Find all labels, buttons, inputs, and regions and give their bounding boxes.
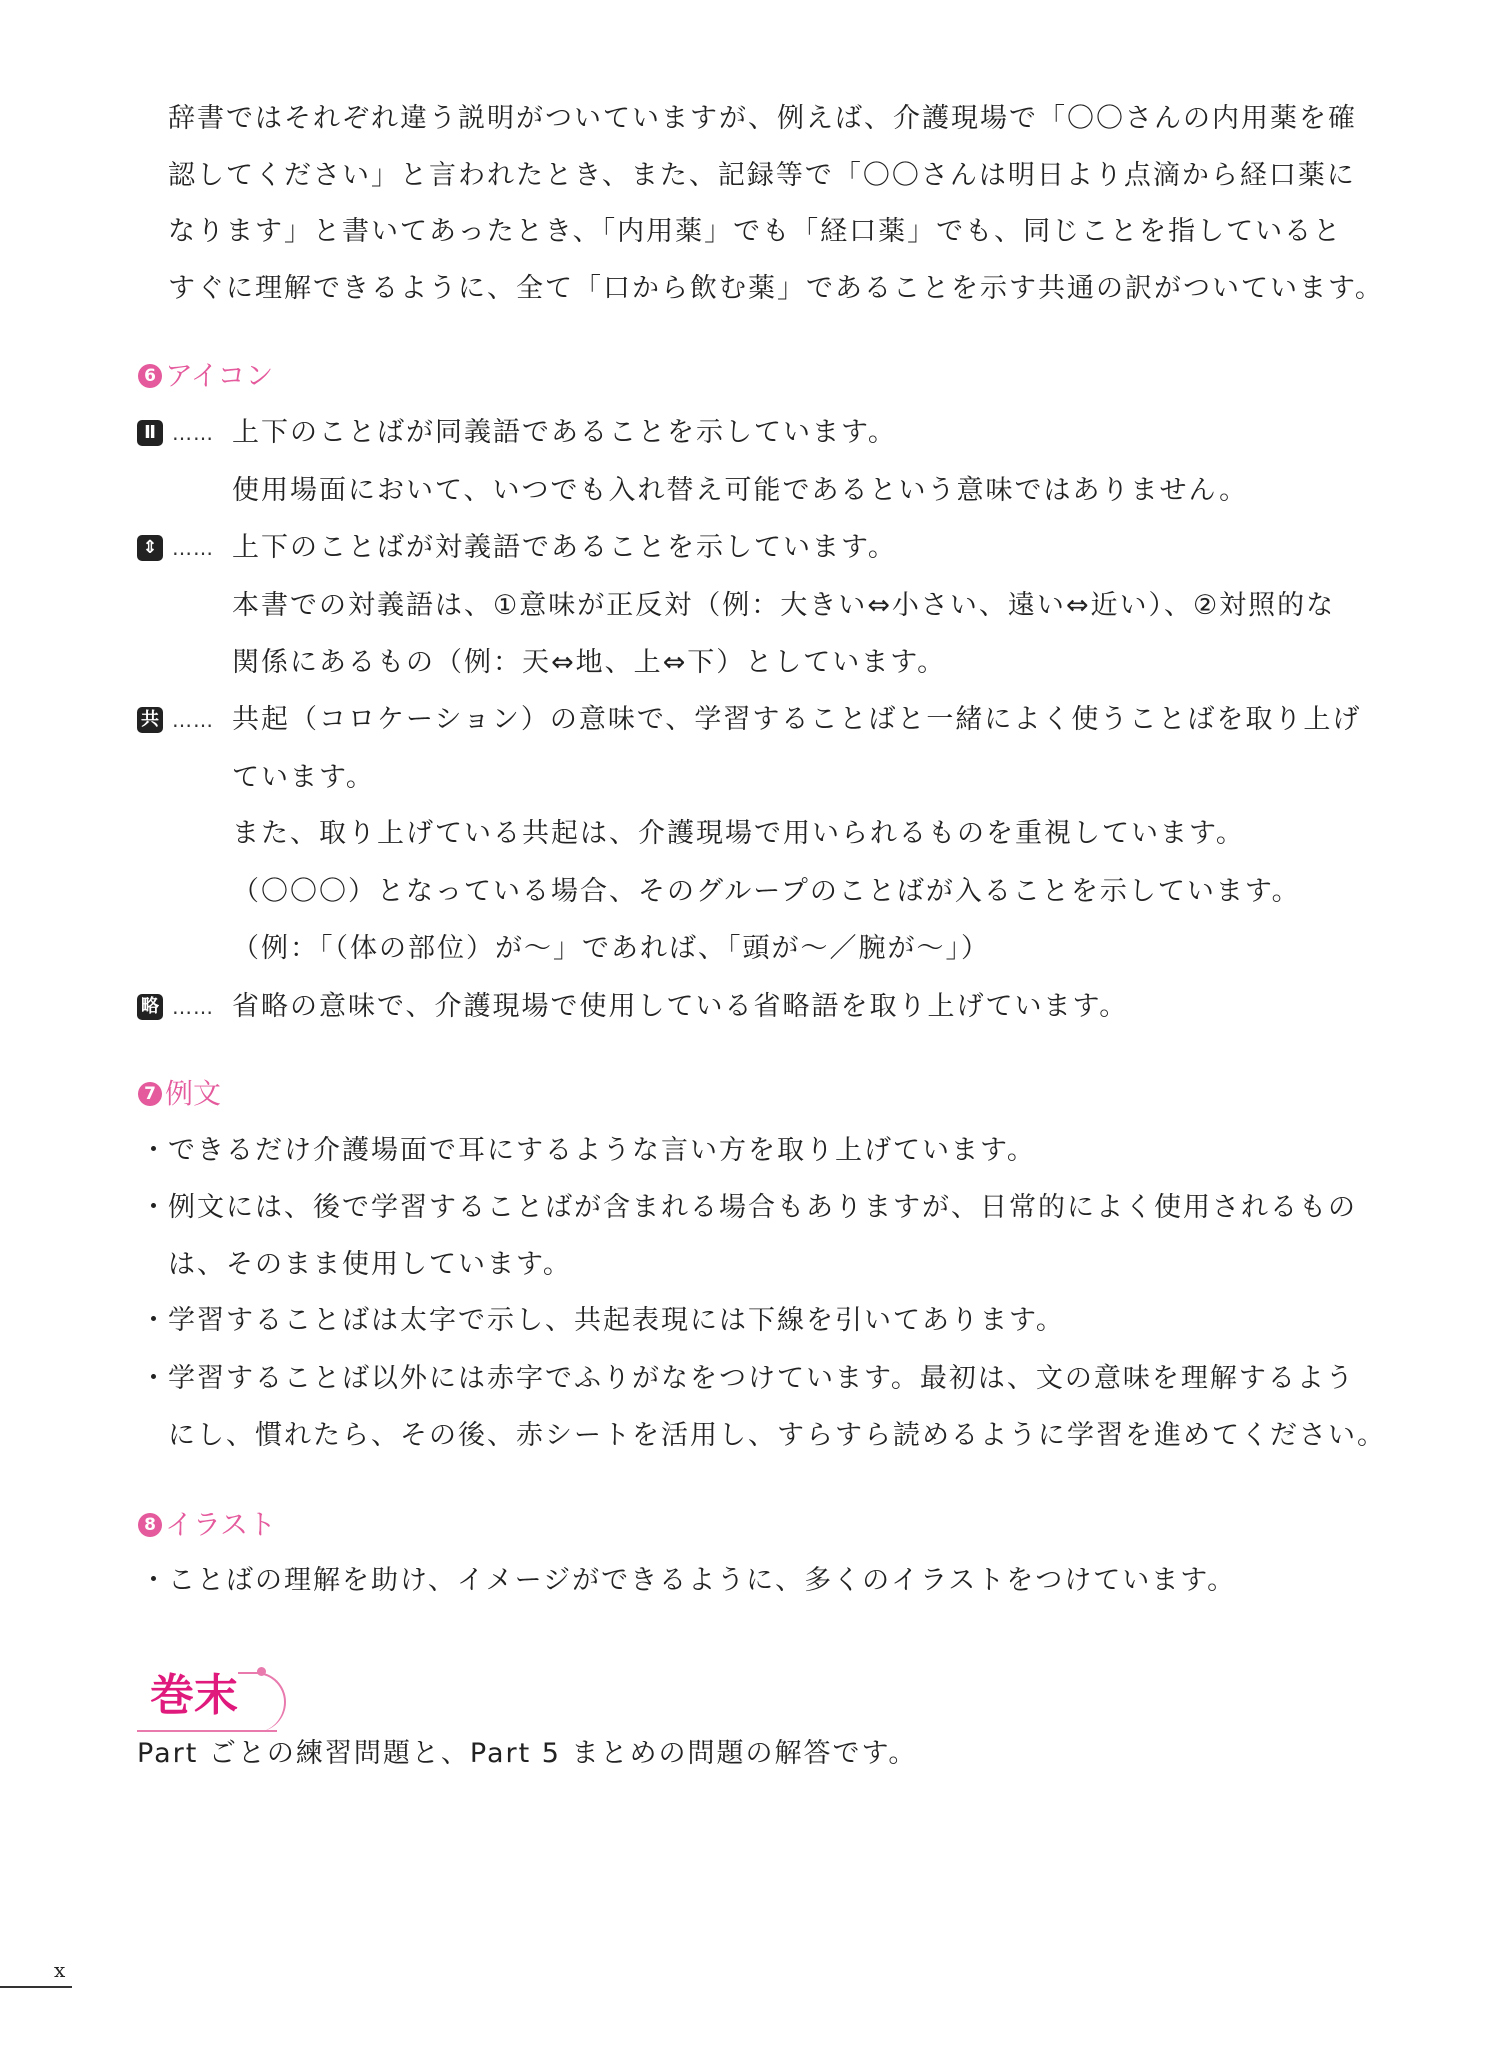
bullet-text: 例文には、後で学習することばが含まれる場合もありますが、日常的によく使用されるも…: [168, 1190, 1357, 1226]
icon-description: 上下のことばが同義語であることを示しています。: [232, 415, 897, 451]
bullet-text: ことばの理解を助け、イメージができるように、多くのイラストをつけています。: [168, 1563, 1236, 1599]
section-title: イラスト: [165, 1507, 276, 1543]
section-heading-examples: 7 例文: [138, 1076, 221, 1112]
leader-dots: ……: [172, 702, 214, 738]
icon-description: 使用場面において、いつでも入れ替え可能であるという意味ではありません。: [232, 473, 1248, 509]
icon-description: また、取り上げている共起は、介護現場で用いられるものを重視しています。: [232, 816, 1245, 852]
leader-dots: ……: [172, 415, 214, 451]
leader-dots: ……: [172, 989, 214, 1025]
icon-description: ています。: [232, 760, 375, 796]
section-heading-illustrations: 8 イラスト: [138, 1507, 276, 1543]
bullet-text: できるだけ介護場面で耳にするような言い方を取り上げています。: [168, 1133, 1036, 1169]
synonym-icon: Ⅱ: [137, 420, 163, 446]
section-title: アイコン: [165, 358, 273, 394]
page-rule: [0, 1986, 72, 1988]
number-badge: 6: [138, 364, 162, 388]
intro-line: なります」と書いてあったとき、「内用薬」でも「経口薬」でも、同じことを指している…: [168, 214, 1342, 250]
bullet-dot: ・: [140, 1303, 167, 1339]
bullet-text: にし、慣れたら、その後、赤シートを活用し、すらすら読めるように学習を進めてくださ…: [168, 1418, 1386, 1454]
section-title: 例文: [165, 1076, 221, 1112]
collocation-icon: 共: [137, 707, 163, 733]
intro-line: 認してください」と言われたとき、また、記録等で「〇〇さんは明日より点滴から経口薬…: [168, 158, 1356, 194]
bullet-dot: ・: [140, 1361, 167, 1397]
decorative-curve: [238, 1672, 286, 1732]
bullet-dot: ・: [140, 1190, 167, 1226]
appendix-underline: [137, 1730, 277, 1732]
icon-description: （〇〇〇）となっている場合、そのグループのことばが入ることを示しています。: [232, 874, 1301, 910]
number-badge: 8: [138, 1513, 162, 1537]
leader-dots: ……: [172, 530, 214, 566]
bullet-text: は、そのまま使用しています。: [168, 1247, 572, 1283]
page-number: x: [54, 1958, 65, 1982]
intro-line: 辞書ではそれぞれ違う説明がついていますが、例えば、介護現場で「〇〇さんの内用薬を…: [168, 101, 1357, 137]
bullet-dot: ・: [140, 1133, 167, 1169]
icon-description: 省略の意味で、介護現場で使用している省略語を取り上げています。: [232, 989, 1128, 1025]
icon-description: 本書での対義語は、①意味が正反対（例：大きい⇔小さい、遠い⇔近い）、②対照的な: [232, 588, 1335, 624]
bullet-dot: ・: [140, 1563, 167, 1599]
antonym-icon: ⇕: [137, 535, 163, 561]
abbreviation-icon: 略: [137, 994, 163, 1020]
icon-description: 共起（コロケーション）の意味で、学習することばと一緒によく使うことばを取り上げ: [232, 702, 1361, 738]
icon-description: 上下のことばが対義語であることを示しています。: [232, 530, 897, 566]
decorative-dot: [257, 1667, 266, 1676]
appendix-title: 巻末: [150, 1668, 238, 1724]
section-heading-icons: 6 アイコン: [138, 358, 273, 394]
intro-line: すぐに理解できるように、全て「口から飲む薬」であることを示す共通の訳がついていま…: [168, 271, 1384, 307]
bullet-text: 学習することば以外には赤字でふりがなをつけています。最初は、文の意味を理解するよ…: [168, 1361, 1355, 1397]
number-badge: 7: [138, 1082, 162, 1106]
bullet-text: 学習することばは太字で示し、共起表現には下線を引いてあります。: [168, 1303, 1065, 1339]
icon-description: （例：「（体の部位）が～」であれば、「頭が～／腕が～」）: [232, 931, 990, 967]
appendix-text: Part ごとの練習問題と、Part 5 まとめの問題の解答です。: [137, 1736, 917, 1772]
icon-description: 関係にあるもの（例：天⇔地、上⇔下）としています。: [232, 645, 946, 681]
